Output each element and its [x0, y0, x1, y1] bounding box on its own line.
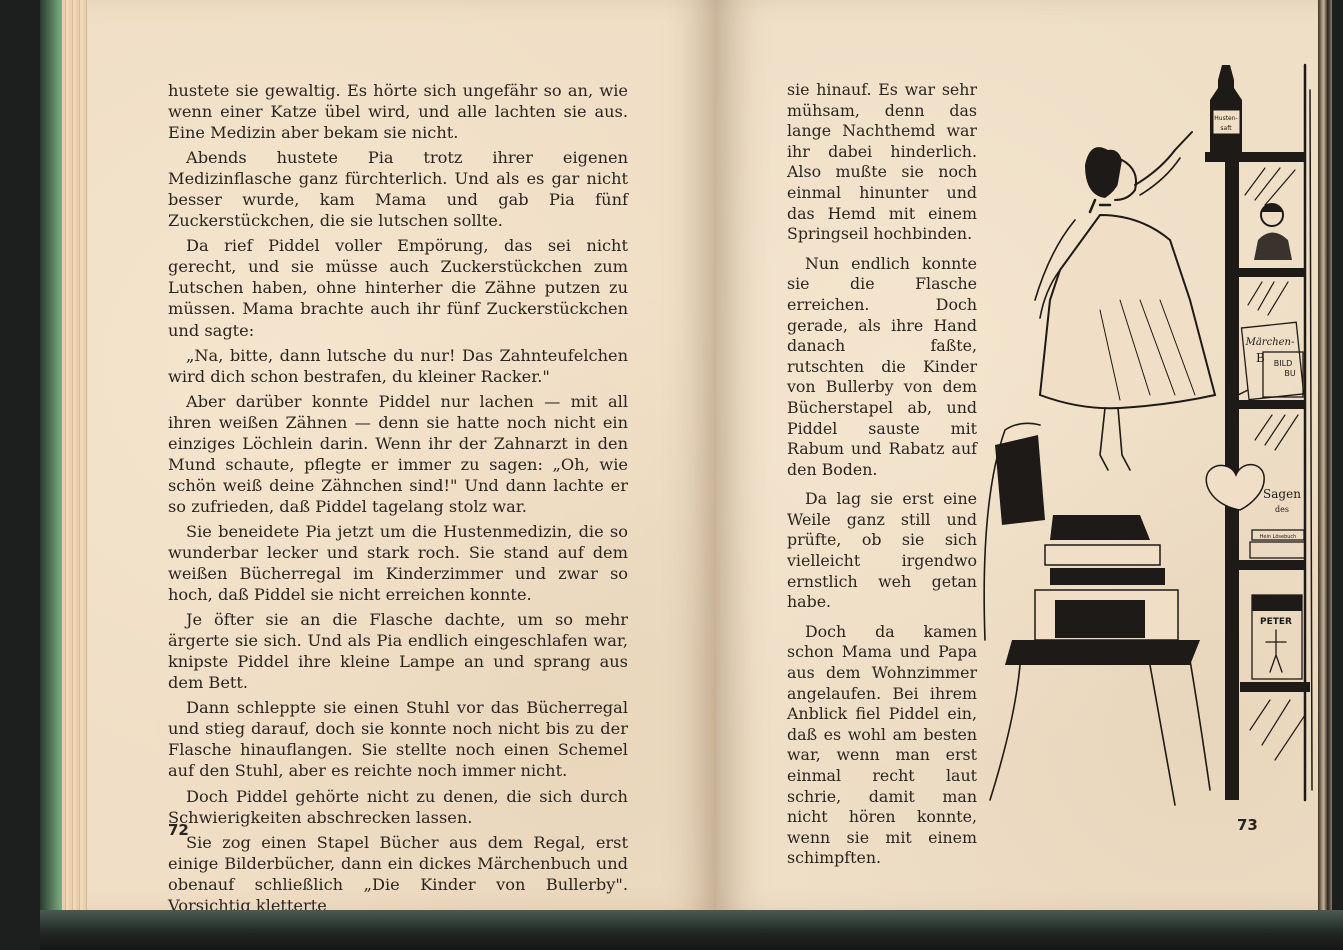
paragraph: Sie zog einen Stapel Bücher aus dem Rega…: [168, 832, 628, 916]
paragraph: sie hinauf. Es war sehr mühsam, denn das…: [787, 80, 977, 245]
bookshelf: [1205, 65, 1312, 800]
paragraph: „Na, bitte, dann lutsche du nur! Das Zah…: [168, 345, 628, 387]
paragraph: Je öfter sie an die Flasche dachte, um s…: [168, 609, 628, 693]
paragraph: Dann schleppte sie einen Stuhl vor das B…: [168, 697, 628, 781]
paragraph: Doch Piddel gehörte nicht zu denen, die …: [168, 786, 628, 828]
svg-text:des: des: [1275, 505, 1289, 514]
paragraph: Da rief Piddel voller Empörung, das sei …: [168, 235, 628, 340]
svg-text:Hein Lösebuch: Hein Lösebuch: [1260, 534, 1297, 540]
right-page-text: sie hinauf. Es war sehr mühsam, denn das…: [787, 80, 977, 878]
svg-text:BU: BU: [1284, 369, 1295, 378]
illustration-girl-reaching-bottle: Husten- saft Märchen- B BILD BU Sagen de…: [975, 55, 1325, 815]
left-page-text: hustete sie gewaltig. Es hörte sich unge…: [168, 80, 628, 920]
paragraph: Doch da kamen schon Mama und Papa aus de…: [787, 622, 977, 869]
book-bottom-shadow: [40, 910, 1343, 950]
paragraph: Aber darüber konnte Piddel nur lachen — …: [168, 391, 628, 517]
paragraph: hustete sie gewaltig. Es hörte sich unge…: [168, 80, 628, 143]
page-number-right: 73: [1237, 816, 1258, 834]
svg-text:PETER: PETER: [1260, 617, 1292, 627]
svg-text:Husten-: Husten-: [1214, 115, 1237, 122]
paragraph: Da lag sie erst eine Weile ganz still un…: [787, 489, 977, 613]
svg-text:saft: saft: [1220, 125, 1232, 132]
doll-icon: [1254, 204, 1292, 261]
page-number-left: 72: [168, 821, 189, 839]
svg-text:Märchen-: Märchen-: [1245, 337, 1295, 348]
svg-text:Sagen: Sagen: [1263, 487, 1301, 501]
bottle-icon: Husten- saft: [1210, 65, 1242, 152]
paragraph: Abends hustete Pia trotz ihrer eigenen M…: [168, 147, 628, 231]
paragraph: Sie beneidete Pia jetzt um die Hustenmed…: [168, 521, 628, 605]
chair-with-books: [984, 423, 1210, 805]
girl-figure: [1035, 132, 1215, 470]
svg-text:B: B: [1256, 351, 1265, 365]
paragraph: Nun endlich konnte sie die Flasche errei…: [787, 254, 977, 481]
svg-text:BILD: BILD: [1274, 359, 1292, 368]
